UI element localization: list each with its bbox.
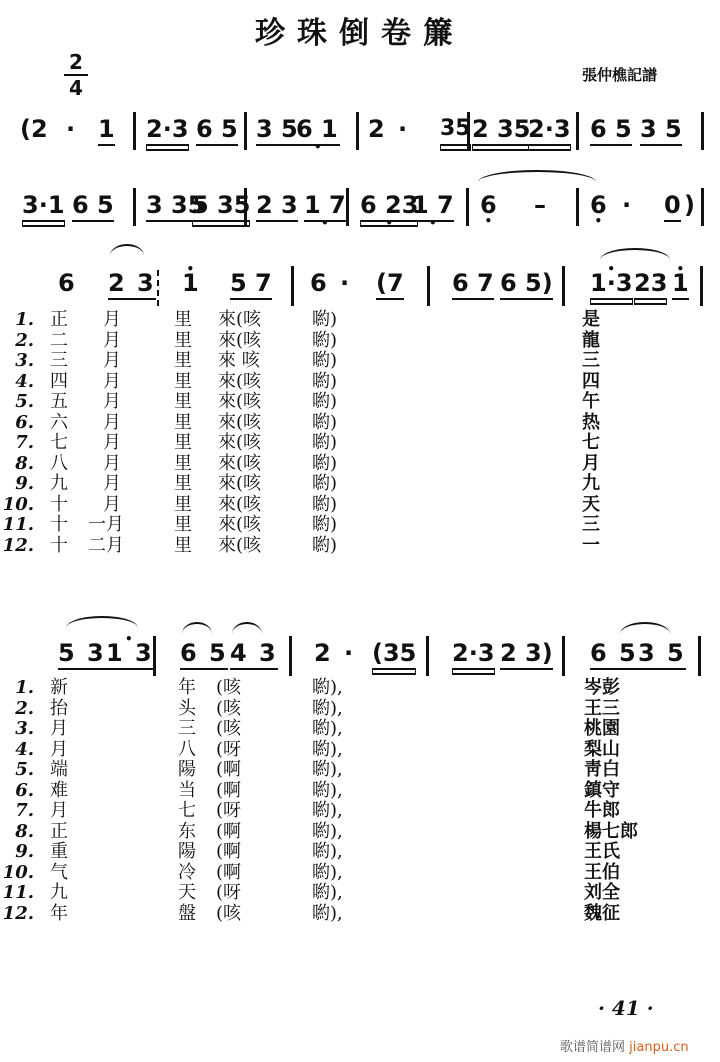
lyric: 喲) — [312, 515, 337, 536]
barline — [244, 188, 247, 226]
note: 1 — [98, 116, 115, 146]
lyric: 喲) — [312, 331, 337, 352]
lyric: 热 — [582, 413, 600, 434]
note: 6 5) — [500, 270, 553, 300]
score-line-4: 5 3 1 3 6 5 4 3 2 · (35 2·3 2 3) 6 5 3 5 — [0, 640, 720, 680]
verse-num: 7. — [0, 801, 34, 822]
lyric: 月 — [100, 413, 124, 434]
lyric: 一月 — [88, 515, 124, 536]
lyric-column-4: 來(咳來(咳來 咳來(咳來(咳來(咳來(咳來(咳來(咳來(咳來(咳來(咳 — [218, 310, 261, 556]
lyric: (啊 — [216, 863, 241, 884]
verse-num: 12. — [0, 904, 34, 925]
lyric: 气 — [50, 863, 68, 884]
barline — [467, 112, 470, 150]
lyric-column-5: 喲)喲)喲)喲)喲)喲)喲)喲)喲)喲)喲)喲) — [312, 310, 337, 556]
note-dot: · — [622, 192, 631, 218]
barline — [346, 188, 349, 226]
lyric: 喲), — [312, 863, 343, 884]
note: 2·3 — [528, 116, 571, 146]
barline — [701, 188, 704, 226]
note: 23 — [634, 270, 667, 300]
lyric-column-4: 喲),喲),喲),喲),喲),喲),喲),喲),喲),喲),喲),喲), — [312, 678, 343, 924]
tie-arc — [478, 170, 596, 182]
verse-block-1: 1. 2. 3. 4. 5. 6. 7. 8. 9. 10. 11. 12. 正… — [0, 310, 720, 610]
lyric: 盤 — [178, 904, 196, 925]
score-line-1: (2 · 1 2·3 6 5 3 5 6 1 2 · 35 2 35 2·3 6… — [0, 116, 720, 156]
note: 5 35 — [192, 192, 250, 222]
note: 2 3) — [500, 640, 553, 670]
note: 5 7 — [230, 270, 272, 300]
barline — [562, 266, 565, 306]
lyric: 刘全 — [584, 883, 638, 904]
barline — [133, 112, 136, 150]
note: 6 5 — [180, 640, 228, 670]
lyric: 年 — [178, 678, 196, 699]
note: 6 5 — [72, 192, 114, 222]
lyric: 月 — [100, 372, 124, 393]
barline — [427, 266, 430, 306]
lyric-column-2: 月月月月月月月月月月一月二月 — [100, 310, 124, 556]
lyric: 來(咳 — [218, 310, 261, 331]
lyric: 三 — [50, 351, 68, 372]
lyric: 喲) — [312, 433, 337, 454]
note: 6 1 — [296, 116, 340, 146]
note: 3 5 — [640, 116, 682, 146]
lyric: 当 — [178, 781, 196, 802]
paren-close: ) — [684, 192, 695, 218]
lyric: 里 — [174, 433, 192, 454]
lyric: 喲), — [312, 842, 343, 863]
lyric: 七 — [582, 433, 600, 454]
lyric: 难 — [50, 781, 68, 802]
note: 6 5 — [590, 116, 632, 146]
note: (2 — [20, 116, 48, 142]
lyric: 二月 — [88, 536, 124, 557]
note: 6 — [310, 270, 327, 296]
page-number: · 41 · — [598, 996, 654, 1020]
verse-num: 3. — [0, 351, 34, 372]
note: 2·3 — [146, 116, 189, 146]
note: 5 3 — [58, 640, 106, 670]
lyric: 天 — [178, 883, 196, 904]
verse-num: 3. — [0, 719, 34, 740]
note-dot: · — [340, 270, 349, 296]
lyric: 头 — [178, 699, 196, 720]
lyric: 年 — [50, 904, 68, 925]
lyric: 月 — [50, 801, 68, 822]
note: 2 35 — [472, 116, 530, 146]
lyric: 七 — [178, 801, 196, 822]
note: 6 23 — [360, 192, 418, 222]
slur-arc — [182, 622, 212, 634]
lyric: 喲), — [312, 678, 343, 699]
note: (35 — [372, 640, 416, 670]
lyric: 正 — [50, 822, 68, 843]
verse-num: 12. — [0, 536, 34, 557]
lyric: 來(咳 — [218, 515, 261, 536]
lyric: (咳 — [216, 719, 241, 740]
note: 1·3 — [590, 270, 633, 300]
verse-num: 11. — [0, 515, 34, 536]
lyric: (呀 — [216, 883, 241, 904]
score-line-2: 3·1 6 5 3 35 5 35 2 3 1 7 6 23 1 7 6 – 6… — [0, 192, 720, 232]
verse-num: 4. — [0, 740, 34, 761]
lyric: (咳 — [216, 699, 241, 720]
lyric: (呀 — [216, 740, 241, 761]
verse-block-2: 1. 2. 3. 4. 5. 6. 7. 8. 9. 10. 11. 12. 新… — [0, 678, 720, 978]
lyric: 里 — [174, 392, 192, 413]
barline — [698, 636, 701, 676]
lyric: 王三 — [584, 699, 638, 720]
lyric: 月 — [100, 474, 124, 495]
lyric-column-2: 年头三八陽当七东陽冷天盤 — [178, 678, 196, 924]
lyric: 來(咳 — [218, 474, 261, 495]
lyric: 來(咳 — [218, 433, 261, 454]
lyric: (啊 — [216, 781, 241, 802]
note: 3 5 — [256, 116, 298, 146]
note: 1 3 — [106, 640, 154, 670]
lyric: 鎮守 — [584, 781, 638, 802]
lyric: 六 — [50, 413, 68, 434]
lyric: 喲), — [312, 801, 343, 822]
verse-num: 1. — [0, 310, 34, 331]
lyric: 桃園 — [584, 719, 638, 740]
lyric: 喲), — [312, 822, 343, 843]
lyric: 月 — [100, 351, 124, 372]
lyric-column-3: 里里里里里里里里里里里里 — [174, 310, 192, 556]
lyric: 陽 — [178, 760, 196, 781]
note: 3 5 — [638, 640, 686, 670]
lyric: 天 — [582, 495, 600, 516]
lyric: 牛郎 — [584, 801, 638, 822]
note: 1 7 — [304, 192, 346, 222]
verse-num: 7. — [0, 433, 34, 454]
lyric: 來(咳 — [218, 331, 261, 352]
lyric: 东 — [178, 822, 196, 843]
verse-num: 10. — [0, 495, 34, 516]
time-sig-bottom: 4 — [64, 78, 88, 98]
lyric: 喲), — [312, 699, 343, 720]
lyric: 王氏 — [584, 842, 638, 863]
lyric: 來(咳 — [218, 413, 261, 434]
note: 2 — [368, 116, 385, 142]
watermark: 歌谱简谱网 jianpu.cn — [560, 1036, 689, 1055]
lyric: (咳 — [216, 678, 241, 699]
verse-num: 11. — [0, 883, 34, 904]
lyric: 來(咳 — [218, 495, 261, 516]
note: 6 — [58, 270, 75, 296]
lyric: 十 — [50, 536, 68, 557]
lyric: 月 — [100, 454, 124, 475]
lyric: 喲), — [312, 760, 343, 781]
lyric-column-3: (咳(咳(咳(呀(啊(啊(呀(啊(啊(啊(呀(咳 — [216, 678, 241, 924]
note: 2·3 — [452, 640, 495, 670]
note: 6 — [480, 192, 497, 218]
lyric: 十 — [50, 495, 68, 516]
verse-num: 1. — [0, 678, 34, 699]
verse-num: 8. — [0, 454, 34, 475]
slur-arc — [232, 622, 262, 634]
lyric: (啊 — [216, 822, 241, 843]
note: 2 3 — [256, 192, 298, 222]
barline — [153, 636, 156, 676]
lyric: 里 — [174, 515, 192, 536]
lyric: 重 — [50, 842, 68, 863]
lyric: 陽 — [178, 842, 196, 863]
barline — [356, 112, 359, 150]
lyric: 月 — [100, 495, 124, 516]
score-line-3: 6 2 3 1 5 7 6 · (7 6 7 6 5) 1·3 23 1 — [0, 270, 720, 310]
lyric: 來(咳 — [218, 392, 261, 413]
lyric: 喲), — [312, 883, 343, 904]
verse-numbers: 1. 2. 3. 4. 5. 6. 7. 8. 9. 10. 11. 12. — [0, 678, 34, 924]
note: 2 — [314, 640, 331, 666]
lyric: 里 — [174, 413, 192, 434]
barline — [576, 188, 579, 226]
lyric: 里 — [174, 372, 192, 393]
lyric: 冷 — [178, 863, 196, 884]
note: 1 — [672, 270, 689, 300]
lyric: 十 — [50, 515, 68, 536]
lyric: 喲) — [312, 474, 337, 495]
note-dot: · — [398, 116, 407, 142]
verse-num: 8. — [0, 822, 34, 843]
lyric: (呀 — [216, 801, 241, 822]
note: 2 3 — [108, 270, 156, 300]
lyric: 來 咳 — [218, 351, 261, 372]
watermark-cn: 歌谱简谱网 — [560, 1040, 625, 1055]
verse-num: 10. — [0, 863, 34, 884]
time-sig-top: 2 — [64, 52, 88, 72]
barline — [291, 266, 294, 306]
lyric: 月 — [50, 740, 68, 761]
lyric: 午 — [582, 392, 600, 413]
lyric: 岑彭 — [584, 678, 638, 699]
lyric: 喲) — [312, 495, 337, 516]
lyric: 喲), — [312, 740, 343, 761]
barline — [244, 112, 247, 150]
verse-num: 4. — [0, 372, 34, 393]
lyric: 正 — [50, 310, 68, 331]
verse-num: 9. — [0, 474, 34, 495]
note: 3·1 — [22, 192, 65, 222]
dash-sustain: – — [534, 192, 546, 218]
lyric: (啊 — [216, 842, 241, 863]
lyric: 四 — [582, 372, 600, 393]
lyric: (咳 — [216, 904, 241, 925]
lyric: 龍 — [582, 331, 600, 352]
lyric: 喲) — [312, 454, 337, 475]
lyric: 月 — [100, 310, 124, 331]
lyric: 里 — [174, 454, 192, 475]
lyric: 里 — [174, 495, 192, 516]
lyric: 九 — [582, 474, 600, 495]
lyric: 來(咳 — [218, 536, 261, 557]
lyric: 魏征 — [584, 904, 638, 925]
note: 1 — [182, 270, 199, 296]
barline — [562, 636, 565, 676]
barline — [700, 266, 703, 306]
lyric: 七 — [50, 433, 68, 454]
note-dot: · — [66, 116, 75, 142]
barline — [289, 636, 292, 676]
verse-num: 2. — [0, 699, 34, 720]
note: 6 — [590, 192, 607, 218]
verse-num: 9. — [0, 842, 34, 863]
verse-numbers: 1. 2. 3. 4. 5. 6. 7. 8. 9. 10. 11. 12. — [0, 310, 34, 556]
barline — [133, 188, 136, 226]
lyric: 抬 — [50, 699, 68, 720]
lyric: 靑白 — [584, 760, 638, 781]
slur-arc — [110, 244, 144, 256]
lyric: 八 — [50, 454, 68, 475]
lyric: 喲) — [312, 351, 337, 372]
lyric: 端 — [50, 760, 68, 781]
watermark-en: jianpu.cn — [629, 1040, 688, 1055]
lyric: 喲) — [312, 536, 337, 557]
lyric: 一 — [582, 536, 600, 557]
lyric: 喲) — [312, 392, 337, 413]
barline — [466, 188, 469, 226]
lyric: 九 — [50, 883, 68, 904]
lyric: 來(咳 — [218, 454, 261, 475]
lyric: 月 — [100, 433, 124, 454]
lyric: 喲), — [312, 719, 343, 740]
time-signature: 2 4 — [64, 52, 88, 98]
lyric: 里 — [174, 351, 192, 372]
dashed-barline — [157, 270, 159, 306]
lyric-column-1: 正二三四五六七八九十十十 — [50, 310, 68, 556]
lyric: 喲), — [312, 781, 343, 802]
note: 1 7 — [412, 192, 454, 222]
note: 6 5 — [590, 640, 638, 670]
lyric: 是 — [582, 310, 600, 331]
lyric: 來(咳 — [218, 372, 261, 393]
note: (7 — [376, 270, 404, 300]
lyric: 喲) — [312, 413, 337, 434]
transcriber-credit: 張仲樵記譜 — [582, 64, 657, 85]
verse-num: 6. — [0, 781, 34, 802]
lyric: 里 — [174, 474, 192, 495]
lyric: 三 — [178, 719, 196, 740]
lyric: 里 — [174, 310, 192, 331]
lyric: 五 — [50, 392, 68, 413]
verse-num: 2. — [0, 331, 34, 352]
lyric: 月 — [582, 454, 600, 475]
lyric: 月 — [50, 719, 68, 740]
rest: 0 — [664, 192, 681, 222]
note-dot: · — [344, 640, 353, 666]
lyric-column-5: 岑彭王三桃園梨山靑白鎮守牛郎楊七郎王氏王伯刘全魏征 — [584, 678, 638, 924]
lyric: 梨山 — [584, 740, 638, 761]
lyric: 里 — [174, 536, 192, 557]
lyric: 楊七郎 — [584, 822, 638, 843]
lyric: 新 — [50, 678, 68, 699]
lyric: 喲) — [312, 310, 337, 331]
verse-num: 5. — [0, 392, 34, 413]
barline — [701, 112, 704, 150]
lyric: 月 — [100, 392, 124, 413]
slur-arc — [620, 622, 670, 634]
lyric: 四 — [50, 372, 68, 393]
lyric: 二 — [50, 331, 68, 352]
lyric: 九 — [50, 474, 68, 495]
lyric: 三 — [582, 351, 600, 372]
lyric: (啊 — [216, 760, 241, 781]
lyric: 里 — [174, 331, 192, 352]
barline — [576, 112, 579, 150]
lyric-column-6: 是龍三四午热七月九天三一 — [582, 310, 600, 556]
verse-num: 6. — [0, 413, 34, 434]
lyric: 八 — [178, 740, 196, 761]
lyric: 三 — [582, 515, 600, 536]
lyric-column-1: 新抬月月端难月正重气九年 — [50, 678, 68, 924]
note: 6 7 — [452, 270, 494, 300]
verse-num: 5. — [0, 760, 34, 781]
lyric: 王伯 — [584, 863, 638, 884]
barline — [426, 636, 429, 676]
song-title: 珍珠倒卷簾 — [0, 8, 720, 52]
note: 4 3 — [230, 640, 278, 670]
lyric: 月 — [100, 331, 124, 352]
lyric: 喲) — [312, 372, 337, 393]
note: 6 5 — [196, 116, 238, 146]
lyric: 喲), — [312, 904, 343, 925]
